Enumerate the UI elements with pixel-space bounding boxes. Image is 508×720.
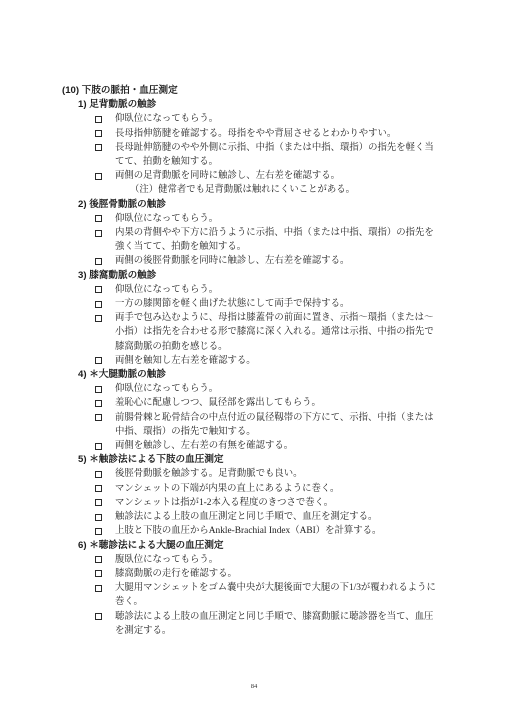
checklist-item: 両側の足背動脈を同時に触診し、左右差を確認する。	[62, 169, 462, 183]
page-number: 84	[0, 682, 508, 691]
text-line: を測定する。	[115, 624, 433, 638]
text-line: 両側の足背動脈を同時に触診し、左右差を確認する。	[115, 169, 340, 183]
checkbox-icon	[95, 528, 102, 535]
checklist-item-text: 両側を触診し、左右差の有無を確認する。	[115, 439, 293, 453]
checklist-item-text: 内果の背側やや下方に沿うように示指、中指（または中指、環指）の指先を強く当てて、…	[115, 226, 434, 254]
checklist-item: 一方の膝関節を軽く曲げた状態にして両手で保持する。	[62, 297, 462, 311]
checklist-item: 羞恥心に配慮しつつ、鼠径部を露出してもらう。	[62, 396, 462, 410]
checklist-item: 長母趾伸筋腱のやや外側に示指、中指（または中指、環指）の指先を軽く当てて、拍動を…	[62, 141, 462, 169]
text-line: 内果の背側やや下方に沿うように示指、中指（または中指、環指）の指先を	[115, 226, 434, 240]
checklist-section: 5) ＊触診法による下肢の血圧測定後脛骨動脈を触診する。足背動脈でも良い。マンシ…	[62, 453, 462, 538]
checkbox-icon	[95, 173, 102, 180]
checklist-item-text: 一方の膝関節を軽く曲げた状態にして両手で保持する。	[115, 297, 349, 311]
document-title: (10) 下肢の脈拍・血圧測定	[62, 84, 462, 98]
text-line: 羞恥心に配慮しつつ、鼠径部を露出してもらう。	[115, 396, 321, 410]
checklist-item: 内果の背側やや下方に沿うように示指、中指（または中指、環指）の指先を強く当てて、…	[62, 226, 462, 254]
checklist-item-text: 両側を触知し左右差を確認する。	[115, 354, 256, 368]
text-line: 仰臥位になってもらう。	[115, 212, 218, 226]
text-line: 大腿用マンシェットをゴム嚢中央が大腿後面で大腿の下1/3が覆われるように	[115, 581, 436, 595]
checklist-item: 仰臥位になってもらう。	[62, 283, 462, 297]
text-line: 触診法による上肢の血圧測定と同じ手順で、血圧を測定する。	[115, 510, 377, 524]
checklist-item: 大腿用マンシェットをゴム嚢中央が大腿後面で大腿の下1/3が覆われるように巻く。	[62, 581, 462, 609]
document-page: (10) 下肢の脈拍・血圧測定 1) 足背動脈の触診仰臥位になってもらう。長母指…	[0, 0, 508, 720]
checklist-section: 4) ＊大腿動脈の触診仰臥位になってもらう。羞恥心に配慮しつつ、鼠径部を露出して…	[62, 368, 462, 453]
text-line: 両手で包み込むように、母指は膝蓋骨の前面に置き、示指～環指（または～	[115, 311, 434, 325]
text-line: 強く当てて、拍動を触知する。	[115, 240, 434, 254]
checklist-item: マンシェットは指が1-2本入る程度のきつさで巻く。	[62, 496, 462, 510]
checkbox-icon	[95, 286, 102, 293]
checklist-item-text: 仰臥位になってもらう。	[115, 283, 218, 297]
checkbox-icon	[95, 386, 102, 393]
checkbox-icon	[95, 414, 102, 421]
checklist-item-text: マンシェットの下端が内果の直上にあるように巻く。	[115, 482, 339, 496]
text-line: 両側の後脛骨動脈を同時に触診し、左右差を確認する。	[115, 254, 349, 268]
checkbox-icon	[95, 556, 102, 563]
checklist-item-text: 聴診法による上肢の血圧測定と同じ手順で、膝窩動脈に聴診器を当て、血圧を測定する。	[115, 610, 433, 638]
checkbox-icon	[95, 357, 102, 364]
checklist-item: 膝窩動脈の走行を確認する。	[62, 567, 462, 581]
text-line: 長母趾伸筋腱のやや外側に示指、中指（または中指、環指）の指先を軽く当	[115, 141, 434, 155]
text-line: 両側を触診し、左右差の有無を確認する。	[115, 439, 293, 453]
checklist-item: 上肢と下肢の血圧からAnkle-Brachial Index（ABI）を計算する…	[62, 524, 462, 538]
checklist-sections: 1) 足背動脈の触診仰臥位になってもらう。長母指伸筋腱を確認する。母指をやや背屈…	[62, 98, 462, 638]
text-line: マンシェットの下端が内果の直上にあるように巻く。	[115, 482, 339, 496]
checklist-item-text: 後脛骨動脈を触診する。足背動脈でも良い。	[115, 467, 303, 481]
checklist-item-text: 上肢と下肢の血圧からAnkle-Brachial Index（ABI）を計算する…	[115, 524, 381, 538]
checkbox-icon	[95, 144, 102, 151]
checklist-item: 仰臥位になってもらう。	[62, 212, 462, 226]
text-line: 中指、環指）の指先で触知する。	[115, 425, 434, 439]
text-line: てて、拍動を触知する。	[115, 155, 434, 169]
checklist-item: 両側を触診し、左右差の有無を確認する。	[62, 439, 462, 453]
checklist-item: 後脛骨動脈を触診する。足背動脈でも良い。	[62, 467, 462, 481]
text-line: 上肢と下肢の血圧からAnkle-Brachial Index（ABI）を計算する…	[115, 524, 381, 538]
checklist-item: 両側を触知し左右差を確認する。	[62, 354, 462, 368]
text-line: 両側を触知し左右差を確認する。	[115, 354, 256, 368]
checklist-item-text: 長母趾伸筋腱のやや外側に示指、中指（または中指、環指）の指先を軽く当てて、拍動を…	[115, 141, 434, 169]
checklist-item-text: 触診法による上肢の血圧測定と同じ手順で、血圧を測定する。	[115, 510, 377, 524]
checkbox-icon	[95, 443, 102, 450]
section-heading: 1) 足背動脈の触診	[62, 98, 462, 112]
checklist-item-text: 膝窩動脈の走行を確認する。	[115, 567, 237, 581]
text-line: マンシェットは指が1-2本入る程度のきつさで巻く。	[115, 496, 333, 510]
text-line: 後脛骨動脈を触診する。足背動脈でも良い。	[115, 467, 303, 481]
text-line: 一方の膝関節を軽く曲げた状態にして両手で保持する。	[115, 297, 349, 311]
document-content: (10) 下肢の脈拍・血圧測定 1) 足背動脈の触診仰臥位になってもらう。長母指…	[62, 84, 462, 638]
checklist-item: 触診法による上肢の血圧測定と同じ手順で、血圧を測定する。	[62, 510, 462, 524]
checkbox-icon	[95, 130, 102, 137]
checklist-section: 6) ＊聴診法による大腿の血圧測定腹臥位になってもらう。膝窩動脈の走行を確認する…	[62, 539, 462, 638]
checklist-item-text: 両側の後脛骨動脈を同時に触診し、左右差を確認する。	[115, 254, 349, 268]
checklist-item-text: 長母指伸筋腱を確認する。母指をやや背屈させるとわかりやすい。	[115, 127, 396, 141]
checklist-section: 3) 膝窩動脈の触診仰臥位になってもらう。一方の膝関節を軽く曲げた状態にして両手…	[62, 269, 462, 368]
checklist-item: 腹臥位になってもらう。	[62, 553, 462, 567]
checklist-section: 1) 足背動脈の触診仰臥位になってもらう。長母指伸筋腱を確認する。母指をやや背屈…	[62, 98, 462, 197]
text-line: 膝窩動脈の走行を確認する。	[115, 567, 237, 581]
checkbox-icon	[95, 485, 102, 492]
text-line: 仰臥位になってもらう。	[115, 112, 218, 126]
text-line: 長母指伸筋腱を確認する。母指をやや背屈させるとわかりやすい。	[115, 127, 396, 141]
checklist-section: 2) 後脛骨動脈の触診仰臥位になってもらう。内果の背側やや下方に沿うように示指、…	[62, 198, 462, 269]
checklist-item: 仰臥位になってもらう。	[62, 112, 462, 126]
section-heading: 4) ＊大腿動脈の触診	[62, 368, 462, 382]
note-line: （注）健常者でも足背動脈は触れにくいことがある。	[62, 183, 462, 197]
section-heading: 2) 後脛骨動脈の触診	[62, 198, 462, 212]
text-line: 巻く。	[115, 595, 436, 609]
checkbox-icon	[95, 301, 102, 308]
checklist-item: 前腸骨棘と恥骨結合の中点付近の鼠径靱帯の下方にて、示指、中指（または中指、環指）…	[62, 411, 462, 439]
checklist-item-text: 仰臥位になってもらう。	[115, 382, 218, 396]
checklist-item: 長母指伸筋腱を確認する。母指をやや背屈させるとわかりやすい。	[62, 127, 462, 141]
text-line: 小指）は指先を合わせる形で膝窩に深く入れる。通常は示指、中指の指先で	[115, 325, 434, 339]
checklist-item: マンシェットの下端が内果の直上にあるように巻く。	[62, 482, 462, 496]
checklist-item: 両手で包み込むように、母指は膝蓋骨の前面に置き、示指～環指（または～小指）は指先…	[62, 311, 462, 354]
text-line: 仰臥位になってもらう。	[115, 283, 218, 297]
checklist-item-text: 大腿用マンシェットをゴム嚢中央が大腿後面で大腿の下1/3が覆われるように巻く。	[115, 581, 436, 609]
checkbox-icon	[95, 613, 102, 620]
checklist-item-text: マンシェットは指が1-2本入る程度のきつさで巻く。	[115, 496, 333, 510]
checkbox-icon	[95, 230, 102, 237]
checkbox-icon	[95, 215, 102, 222]
checklist-item-text: 腹臥位になってもらう。	[115, 553, 218, 567]
checkbox-icon	[95, 570, 102, 577]
checkbox-icon	[95, 499, 102, 506]
checklist-item: 両側の後脛骨動脈を同時に触診し、左右差を確認する。	[62, 254, 462, 268]
checklist-item-text: 前腸骨棘と恥骨結合の中点付近の鼠径靱帯の下方にて、示指、中指（または中指、環指）…	[115, 411, 434, 439]
checklist-item-text: 両側の足背動脈を同時に触診し、左右差を確認する。	[115, 169, 340, 183]
text-line: 仰臥位になってもらう。	[115, 382, 218, 396]
checklist-item: 仰臥位になってもらう。	[62, 382, 462, 396]
text-line: 膝窩動脈の拍動を感じる。	[115, 340, 434, 354]
checkbox-icon	[95, 585, 102, 592]
checkbox-icon	[95, 258, 102, 265]
checklist-item-text: 仰臥位になってもらう。	[115, 112, 218, 126]
checkbox-icon	[95, 471, 102, 478]
checklist-item: 聴診法による上肢の血圧測定と同じ手順で、膝窩動脈に聴診器を当て、血圧を測定する。	[62, 610, 462, 638]
text-line: 腹臥位になってもらう。	[115, 553, 218, 567]
section-heading: 3) 膝窩動脈の触診	[62, 269, 462, 283]
text-line: 前腸骨棘と恥骨結合の中点付近の鼠径靱帯の下方にて、示指、中指（または	[115, 411, 434, 425]
checkbox-icon	[95, 400, 102, 407]
checklist-item-text: 両手で包み込むように、母指は膝蓋骨の前面に置き、示指～環指（または～小指）は指先…	[115, 311, 434, 354]
checklist-item-text: 仰臥位になってもらう。	[115, 212, 218, 226]
checkbox-icon	[95, 116, 102, 123]
checklist-item-text: 羞恥心に配慮しつつ、鼠径部を露出してもらう。	[115, 396, 321, 410]
section-heading: 6) ＊聴診法による大腿の血圧測定	[62, 539, 462, 553]
checkbox-icon	[95, 514, 102, 521]
text-line: 聴診法による上肢の血圧測定と同じ手順で、膝窩動脈に聴診器を当て、血圧	[115, 610, 433, 624]
section-heading: 5) ＊触診法による下肢の血圧測定	[62, 453, 462, 467]
checkbox-icon	[95, 315, 102, 322]
